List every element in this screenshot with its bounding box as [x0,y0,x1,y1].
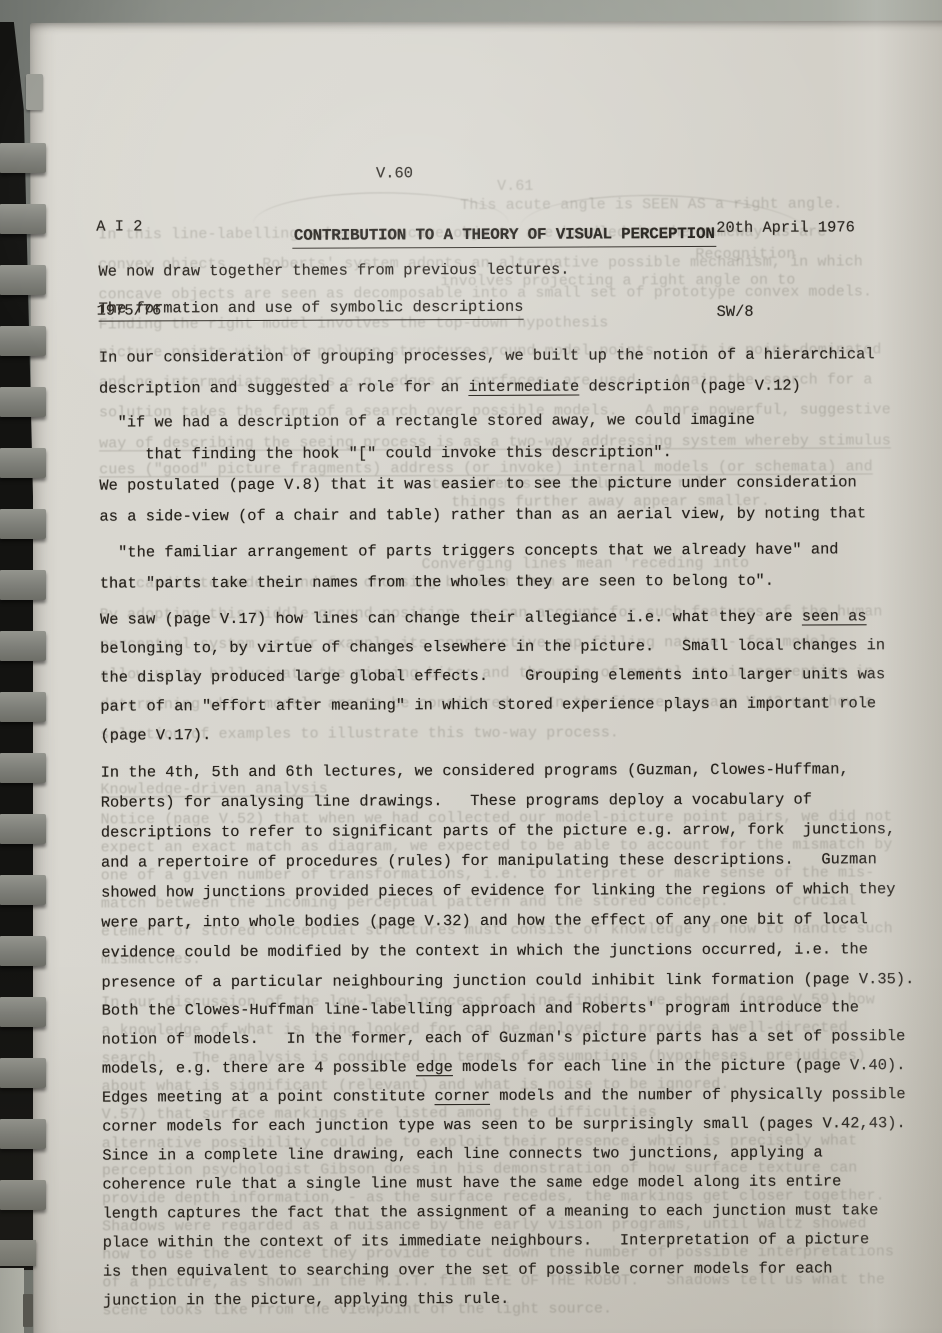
text-line: the display produced large global effect… [100,660,885,692]
text-line: presence of a particular neighbouring ju… [101,964,914,998]
text-line: (page V.17). [100,718,885,750]
binding-tooth [0,387,46,417]
text-line: showed how junctions provided pieces of … [101,874,914,908]
paragraph: In our consideration of grouping process… [99,339,875,404]
author-ref: SW/8 [717,297,856,326]
page-corner-curl [0,1268,24,1333]
binding-tooth [0,204,46,234]
blockquote: "if we had a description of a rectangle … [99,404,755,471]
text-line: coherence rule that a single line must h… [102,1167,906,1200]
text-line: In the 4th, 5th and 6th lectures, we con… [101,754,914,788]
text-line: corner models for each junction type was… [102,1109,906,1142]
text-line: descriptions to refer to significant par… [101,814,914,848]
binding-tooth [0,509,46,539]
text-line: belonging to, by virtue of changes elsew… [100,631,885,663]
text-line: Both the Clowes-Huffman line-labelling a… [102,993,906,1026]
text-line: that "parts take their names from the wh… [100,565,839,599]
text-line: Since in a complete line drawing, each l… [102,1138,906,1171]
text-line: notion of models. In the former, each of… [102,1022,906,1055]
binding-tooth [0,326,46,356]
paragraph: Both the Clowes-Huffman line-labelling a… [102,993,907,1316]
text-line: We saw (page V.17) how lines can change … [100,602,885,634]
text-line: were part, into whole bodies (page V.32)… [101,904,914,938]
binding-tooth [0,1119,46,1149]
paragraph: In the 4th, 5th and 6th lectures, we con… [101,754,915,998]
binding-tooth [0,265,46,295]
paragraph: We postulated (page V.8) that it was eas… [99,467,866,532]
binding-tooth [0,631,46,661]
page-number: V.60 [376,164,413,182]
blockquote: "the familiar arrangement of parts trigg… [100,534,839,599]
title-row: CONTRIBUTION TO A THEORY OF VISUAL PERCE… [98,224,910,250]
paragraph: We saw (page V.17) how lines can change … [100,602,886,750]
binding-tooth [0,143,46,173]
text-line: evidence could be modified by the contex… [101,934,914,968]
binding-tooth [0,692,46,722]
text-line: that finding the hook "[" could invoke t… [99,436,755,471]
text-line: length captures the fact that the assign… [102,1196,906,1229]
binding-tooth [0,1240,36,1266]
binding-tooth [0,448,46,478]
text-line: Edges meeting at a point constitute corn… [102,1080,906,1113]
text-line: Roberts) for analysing line drawings. Th… [101,784,914,818]
text-line: In our consideration of grouping process… [99,339,875,373]
text-line: We postulated (page V.8) that it was eas… [99,467,866,501]
binding-tooth [0,814,46,844]
text-line: part of an "effort after meaning" in whi… [100,689,885,721]
text-line: place within the context of its immediat… [103,1225,907,1258]
page-title: CONTRIBUTION TO A THEORY OF VISUAL PERCE… [292,225,717,249]
text-line: is then equivalent to searching over the… [103,1254,907,1287]
text-line: junction in the picture, applying this r… [103,1283,907,1316]
binding-shadow-bar [23,1294,33,1327]
text-line: description and suggested a role for an … [99,370,875,404]
binding-tooth [0,875,46,905]
binding-tooth [0,1058,46,1088]
binding-tooth [26,74,43,110]
binding-tooth [0,753,46,783]
binding-tooth [0,997,46,1027]
text-line: "the familiar arrangement of parts trigg… [100,534,839,568]
binding-tooth [0,570,46,600]
intro-line: We now draw together themes from previou… [98,261,569,281]
text-line: as a side-view (of a chair and table) ra… [99,498,866,532]
typed-text-layer: A I 2 1975/76 V.60 20th April 1976 SW/8 … [0,0,942,1333]
text-line: and a repertoire of procedures (rules) f… [101,844,914,878]
text-line: models, e.g. there are 4 possible edge m… [102,1051,906,1084]
section-heading: The formation and use of symbolic descri… [99,298,524,322]
scanned-document-page: { "colors": { "paper": "#d8d6cf", "ink":… [0,0,942,1333]
text-line: "if we had a description of a rectangle … [99,404,755,439]
binding-tooth [0,1180,46,1210]
binding-tooth [0,936,46,966]
